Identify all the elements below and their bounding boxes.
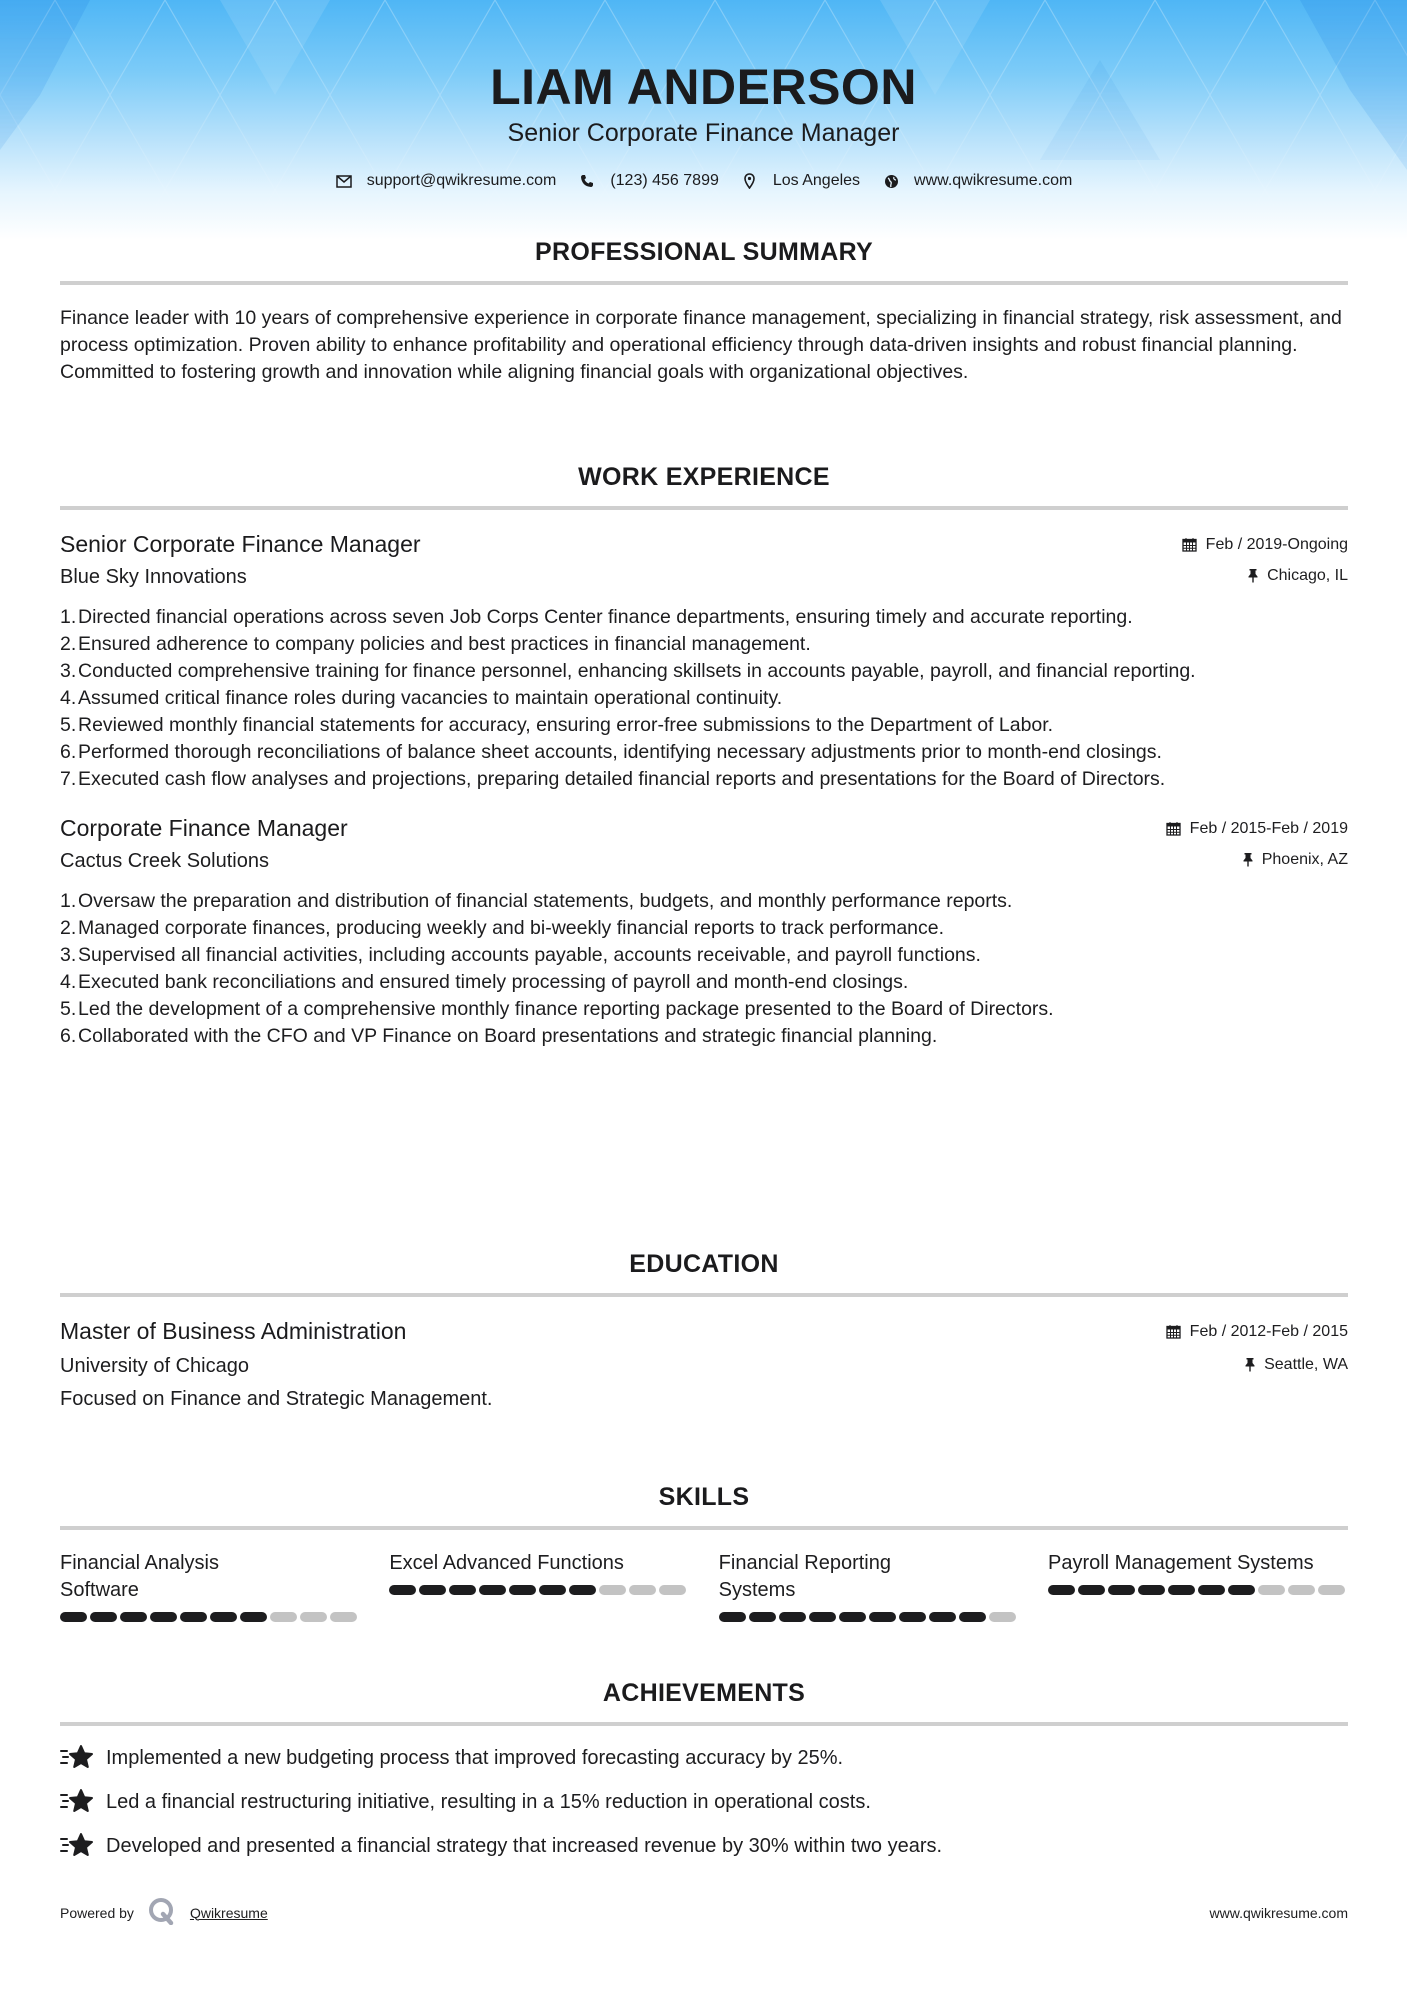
skill-item: Financial Reporting Systems <box>719 1550 1019 1622</box>
skill-level-segment <box>989 1612 1016 1622</box>
duty-text: Assumed critical finance roles during va… <box>78 685 782 712</box>
section-divider <box>60 1293 1348 1297</box>
contact-email-text: support@qwikresume.com <box>367 172 557 190</box>
qwikresume-link[interactable]: Qwikresume <box>190 1905 268 1921</box>
duty-item: 6.Performed thorough reconciliations of … <box>60 739 1348 766</box>
skill-level-segment <box>419 1585 446 1595</box>
skill-level-segment <box>1228 1585 1255 1595</box>
calendar-icon <box>1166 821 1181 836</box>
skill-level-segment <box>479 1585 506 1595</box>
skill-level-segment <box>749 1612 776 1622</box>
education-location: Seattle, WA <box>1245 1356 1348 1374</box>
skill-level-segment <box>1108 1585 1135 1595</box>
job-entry: Corporate Finance Manager Feb / 2015-Feb… <box>60 815 1348 1050</box>
summary-heading: PROFESSIONAL SUMMARY <box>60 238 1348 267</box>
duty-item: 2.Ensured adherence to company policies … <box>60 631 1348 658</box>
duty-number: 6. <box>60 739 78 766</box>
skill-item: Payroll Management Systems <box>1048 1550 1348 1622</box>
skill-name: Financial Analysis Software <box>60 1550 290 1604</box>
skill-level-segment <box>180 1612 207 1622</box>
job-dates: Feb / 2019-Ongoing <box>1182 536 1348 554</box>
skill-level-segment <box>929 1612 956 1622</box>
skill-level-segment <box>330 1612 357 1622</box>
contact-phone[interactable]: (123) 456 7899 <box>578 172 719 190</box>
section-divider <box>60 1722 1348 1726</box>
duty-text: Managed corporate finances, producing we… <box>78 915 944 942</box>
duty-number: 4. <box>60 969 78 996</box>
duty-text: Performed thorough reconciliations of ba… <box>78 739 1162 766</box>
skill-level-segment <box>659 1585 686 1595</box>
star-achievement-icon <box>60 1831 94 1861</box>
skill-level-segment <box>869 1612 896 1622</box>
skill-level-segment <box>389 1585 416 1595</box>
duty-text: Ensured adherence to company policies an… <box>78 631 811 658</box>
section-divider <box>60 1526 1348 1530</box>
skill-level-segment <box>1048 1585 1075 1595</box>
skill-level-segment <box>1168 1585 1195 1595</box>
duty-item: 3.Conducted comprehensive training for f… <box>60 658 1348 685</box>
education-note: Focused on Finance and Strategic Managem… <box>60 1388 1348 1411</box>
skill-level-segment <box>779 1612 806 1622</box>
contact-phone-text: (123) 456 7899 <box>610 172 719 190</box>
skill-level-segment <box>60 1612 87 1622</box>
skill-level-segment <box>1198 1585 1225 1595</box>
summary-text: Finance leader with 10 years of comprehe… <box>60 305 1348 386</box>
skill-level-segment <box>599 1585 626 1595</box>
job-title: Corporate Finance Manager <box>60 815 348 842</box>
achievement-text: Implemented a new budgeting process that… <box>106 1747 843 1770</box>
duty-text: Directed financial operations across sev… <box>78 604 1133 631</box>
footer-website[interactable]: www.qwikresume.com <box>1210 1905 1348 1921</box>
skill-level-bar <box>389 1585 689 1595</box>
contact-location-text: Los Angeles <box>773 172 860 190</box>
resume-footer: Powered by Qwikresume www.qwikresume.com <box>60 1897 1348 1928</box>
duty-text: Led the development of a comprehensive m… <box>78 996 1054 1023</box>
experience-heading: WORK EXPERIENCE <box>60 463 1348 492</box>
skill-level-segment <box>719 1612 746 1622</box>
duty-item: 1.Directed financial operations across s… <box>60 604 1348 631</box>
pushpin-icon <box>1243 852 1253 867</box>
candidate-name: LIAM ANDERSON <box>0 58 1407 116</box>
skill-level-segment <box>1258 1585 1285 1595</box>
job-duties-list: 1.Oversaw the preparation and distributi… <box>60 888 1348 1050</box>
duty-number: 2. <box>60 915 78 942</box>
duty-number: 2. <box>60 631 78 658</box>
section-divider <box>60 281 1348 285</box>
duty-text: Executed cash flow analyses and projecti… <box>78 766 1165 793</box>
duty-item: 5.Reviewed monthly financial statements … <box>60 712 1348 739</box>
phone-icon <box>578 172 596 190</box>
skill-level-segment <box>899 1612 926 1622</box>
skill-item: Financial Analysis Software <box>60 1550 360 1622</box>
skill-level-segment <box>959 1612 986 1622</box>
skill-level-segment <box>839 1612 866 1622</box>
pushpin-icon <box>1245 1357 1255 1372</box>
duty-text: Executed bank reconciliations and ensure… <box>78 969 908 996</box>
star-achievement-icon <box>60 1743 94 1773</box>
skill-level-bar <box>719 1612 1019 1622</box>
contact-bar: support@qwikresume.com (123) 456 7899 Lo… <box>0 172 1407 190</box>
job-location: Phoenix, AZ <box>1243 851 1348 869</box>
skills-section: SKILLS Financial Analysis SoftwareExcel … <box>60 1483 1348 1622</box>
job-dates: Feb / 2015-Feb / 2019 <box>1166 820 1348 838</box>
duty-item: 4.Assumed critical finance roles during … <box>60 685 1348 712</box>
duty-text: Conducted comprehensive training for fin… <box>78 658 1196 685</box>
duty-item: 3.Supervised all financial activities, i… <box>60 942 1348 969</box>
job-duties-list: 1.Directed financial operations across s… <box>60 604 1348 793</box>
skills-heading: SKILLS <box>60 1483 1348 1512</box>
duty-item: 1.Oversaw the preparation and distributi… <box>60 888 1348 915</box>
skills-list: Financial Analysis SoftwareExcel Advance… <box>60 1550 1348 1622</box>
achievement-item: Implemented a new budgeting process that… <box>60 1736 1348 1780</box>
skill-level-segment <box>150 1612 177 1622</box>
skill-level-segment <box>300 1612 327 1622</box>
skill-level-segment <box>1138 1585 1165 1595</box>
calendar-icon <box>1166 1324 1181 1339</box>
duty-item: 5.Led the development of a comprehensive… <box>60 996 1348 1023</box>
job-location: Chicago, IL <box>1248 567 1348 585</box>
contact-website-text: www.qwikresume.com <box>914 172 1072 190</box>
job-entry: Senior Corporate Finance Manager Feb / 2… <box>60 531 1348 793</box>
duty-number: 7. <box>60 766 78 793</box>
candidate-title: Senior Corporate Finance Manager <box>0 119 1407 148</box>
achievement-item: Led a financial restructuring initiative… <box>60 1780 1348 1824</box>
star-achievement-icon <box>60 1787 94 1817</box>
skill-level-segment <box>1288 1585 1315 1595</box>
duty-text: Reviewed monthly financial statements fo… <box>78 712 1053 739</box>
achievements-list: Implemented a new budgeting process that… <box>60 1736 1348 1868</box>
contact-location: Los Angeles <box>741 172 860 190</box>
skill-level-segment <box>809 1612 836 1622</box>
skill-name: Excel Advanced Functions <box>389 1550 689 1577</box>
duty-text: Oversaw the preparation and distribution… <box>78 888 1012 915</box>
skill-name: Financial Reporting Systems <box>719 1550 949 1604</box>
qwikresume-logo-icon <box>148 1897 176 1928</box>
job-company: Blue Sky Innovations <box>60 566 247 589</box>
duty-item: 2.Managed corporate finances, producing … <box>60 915 1348 942</box>
school-name: University of Chicago <box>60 1355 249 1378</box>
envelope-icon <box>335 172 353 190</box>
job-company: Cactus Creek Solutions <box>60 850 269 873</box>
duty-number: 5. <box>60 712 78 739</box>
skill-level-segment <box>539 1585 566 1595</box>
powered-by-label: Powered by <box>60 1905 134 1921</box>
skill-level-segment <box>509 1585 536 1595</box>
duty-number: 3. <box>60 658 78 685</box>
skill-level-bar <box>1048 1585 1348 1595</box>
duty-number: 3. <box>60 942 78 969</box>
skill-level-segment <box>270 1612 297 1622</box>
powered-by: Powered by Qwikresume <box>60 1897 268 1928</box>
duty-item: 6.Collaborated with the CFO and VP Finan… <box>60 1023 1348 1050</box>
section-divider <box>60 506 1348 510</box>
job-title: Senior Corporate Finance Manager <box>60 531 421 558</box>
skill-level-segment <box>210 1612 237 1622</box>
duty-number: 1. <box>60 604 78 631</box>
skill-level-segment <box>629 1585 656 1595</box>
skill-level-segment <box>90 1612 117 1622</box>
achievement-item: Developed and presented a financial stra… <box>60 1824 1348 1868</box>
contact-email[interactable]: support@qwikresume.com <box>335 172 557 190</box>
calendar-icon <box>1182 537 1197 552</box>
education-section: EDUCATION Master of Business Administrat… <box>60 1250 1348 1411</box>
pushpin-icon <box>1248 568 1258 583</box>
achievements-section: ACHIEVEMENTS Implemented a new budgeting… <box>60 1679 1348 1868</box>
achievement-text: Developed and presented a financial stra… <box>106 1835 942 1858</box>
summary-section: PROFESSIONAL SUMMARY Finance leader with… <box>60 238 1348 386</box>
skill-level-bar <box>60 1612 360 1622</box>
duty-number: 1. <box>60 888 78 915</box>
skill-name: Payroll Management Systems <box>1048 1550 1348 1577</box>
skill-level-segment <box>569 1585 596 1595</box>
duty-number: 5. <box>60 996 78 1023</box>
duty-text: Supervised all financial activities, inc… <box>78 942 981 969</box>
contact-website[interactable]: www.qwikresume.com <box>882 172 1072 190</box>
duty-item: 4.Executed bank reconciliations and ensu… <box>60 969 1348 996</box>
duty-number: 6. <box>60 1023 78 1050</box>
skill-level-segment <box>1078 1585 1105 1595</box>
resume-header: LIAM ANDERSON Senior Corporate Finance M… <box>0 0 1407 240</box>
skill-level-segment <box>449 1585 476 1595</box>
achievements-heading: ACHIEVEMENTS <box>60 1679 1348 1708</box>
degree-title: Master of Business Administration <box>60 1318 406 1345</box>
duty-item: 7.Executed cash flow analyses and projec… <box>60 766 1348 793</box>
skill-level-segment <box>120 1612 147 1622</box>
achievement-text: Led a financial restructuring initiative… <box>106 1791 871 1814</box>
education-dates: Feb / 2012-Feb / 2015 <box>1166 1323 1348 1341</box>
duty-number: 4. <box>60 685 78 712</box>
experience-section: WORK EXPERIENCE Senior Corporate Finance… <box>60 463 1348 1050</box>
skill-level-segment <box>240 1612 267 1622</box>
duty-text: Collaborated with the CFO and VP Finance… <box>78 1023 937 1050</box>
education-heading: EDUCATION <box>60 1250 1348 1279</box>
skill-level-segment <box>1318 1585 1345 1595</box>
map-marker-icon <box>741 172 759 190</box>
globe-icon <box>882 172 900 190</box>
skill-item: Excel Advanced Functions <box>389 1550 689 1622</box>
